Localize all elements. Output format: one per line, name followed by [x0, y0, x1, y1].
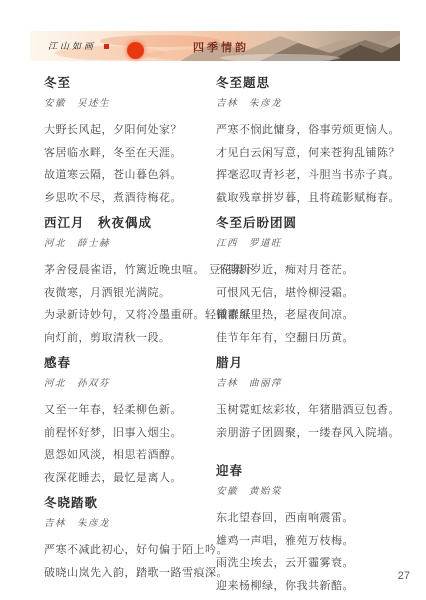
magazine-page: 江山如画 四季情韵 冬至安徽 吴述生大野长风起，夕阳何处家？客居临水畔，冬至在天… [0, 0, 426, 600]
poem-block: 迎春安徽 黄贻棠东北望春回，西南响震雷。雄鸡一声唱，雅苑万枝梅。雨洗尘埃去，云开… [216, 464, 410, 597]
poem-line: 故道寒云隔，苍山暮色斜。 [44, 164, 216, 187]
poem-title: 冬至 [44, 76, 216, 91]
poem-line: 挥毫忍叹青衫老，斗胆当书赤子真。 [216, 164, 410, 187]
poem-line: 大野长风起，夕阳何处家？ [44, 119, 216, 142]
poem-title: 腊月 [216, 356, 410, 371]
poem-block: 冬至安徽 吴述生大野长风起，夕阳何处家？客居临水畔，冬至在天涯。故道寒云隔，苍山… [44, 76, 216, 209]
poem-author: 吉林 朱彦龙 [216, 98, 410, 110]
poem-line: 夜微寒，月洒银光满院。 [44, 282, 216, 305]
poem-author: 安徽 吴述生 [44, 98, 216, 110]
poem-title: 冬至后盼团圆 [216, 216, 410, 231]
poem-line: 茅舍侵晨雀语，竹篱近晚虫喧。 豆花架下 [44, 259, 216, 282]
poem-title: 冬晓踏歌 [44, 496, 216, 511]
poem-author: 吉林 曲丽萍 [216, 378, 410, 390]
poem-line: 佳节年年有，空翻日历黄。 [216, 327, 410, 350]
poem-title: 迎春 [216, 464, 410, 479]
header-banner: 江山如画 四季情韵 [30, 31, 400, 61]
poem-title: 感春 [44, 356, 216, 371]
poem-line: 恩怨如风淡，相思若酒醇。 [44, 444, 216, 467]
poem-line: 微群屏里热，老屋夜间凉。 [216, 304, 410, 327]
poem-block: 腊月吉林 曲丽萍玉树霓虹炫彩妆，年猪腊酒豆包香。亲朋游子团圆聚，一缕春风入院墙。 [216, 356, 410, 444]
page-number: 27 [398, 570, 410, 582]
poem-block: 西江月 秋夜偶成河北 薛士赫茅舍侵晨雀语，竹篱近晚虫喧。 豆花架下夜微寒，月洒银… [44, 216, 216, 349]
poem-line: 为录新诗妙句，又将冷墨重研。轻铺素纸 [44, 304, 216, 327]
left-poem-column: 冬至安徽 吴述生大野长风起，夕阳何处家？客居临水畔，冬至在天涯。故道寒云隔，苍山… [44, 76, 216, 591]
right-poem-column: 冬至题思吉林 朱彦龙严寒不悯此慵身，俗事劳烦更恼人。才见白云闲写意，何来苍狗乱铺… [216, 76, 410, 600]
red-seal-icon [104, 44, 109, 49]
poem-block: 冬晓踏歌吉林 朱彦龙严寒不减此初心，好句偏于陌上吟。破晓山岚先入韵，踏歌一路雪痕… [44, 496, 216, 584]
poem-line: 客居临水畔，冬至在天涯。 [44, 142, 216, 165]
poem-title: 冬至题思 [216, 76, 410, 91]
poem-line: 迎来杨柳绿，你我共新醅。 [216, 575, 410, 598]
poem-line: 雨洗尘埃去，云开霾雾衰。 [216, 552, 410, 575]
poem-author: 吉林 朱彦龙 [44, 518, 216, 530]
poem-line: 雄鸡一声唱，雅苑万枝梅。 [216, 530, 410, 553]
poem-line: 才见白云闲写意，何来苍狗乱铺陈？ [216, 142, 410, 165]
poem-line: 可恨风无信，堪怜柳浸霜。 [216, 282, 410, 305]
poem-author: 河北 薛士赫 [44, 238, 216, 250]
poem-block: 感春河北 孙双芬又至一年春，轻柔柳色新。前程怀好梦，旧事入烟尘。恩怨如风淡，相思… [44, 356, 216, 489]
poem-line: 不期新岁近，痴对月苍茫。 [216, 259, 410, 282]
poem-line: 截取残章拼岁暮，且将疏影赋梅春。 [216, 187, 410, 210]
poem-author: 江西 罗道旺 [216, 238, 410, 250]
poem-line: 严寒不减此初心，好句偏于陌上吟。 [44, 539, 216, 562]
poem-author: 河北 孙双芬 [44, 378, 216, 390]
poem-block: 冬至后盼团圆江西 罗道旺不期新岁近，痴对月苍茫。可恨风无信，堪怜柳浸霜。微群屏里… [216, 216, 410, 349]
poem-line: 向灯前，剪取清秋一段。 [44, 327, 216, 350]
poem-line: 又至一年春，轻柔柳色新。 [44, 399, 216, 422]
poem-line: 严寒不悯此慵身，俗事劳烦更恼人。 [216, 119, 410, 142]
poem-line: 亲朋游子团圆聚，一缕春风入院墙。 [216, 422, 410, 445]
poem-line: 玉树霓虹炫彩妆，年猪腊酒豆包香。 [216, 399, 410, 422]
poem-title: 西江月 秋夜偶成 [44, 216, 216, 231]
banner-calligraphy: 江山如画 [48, 39, 96, 52]
red-sun-icon [127, 42, 144, 59]
poem-author: 安徽 黄贻棠 [216, 486, 410, 498]
poem-line: 前程怀好梦，旧事入烟尘。 [44, 422, 216, 445]
poem-line: 破晓山岚先入韵，踏歌一路雪痕深。 [44, 562, 216, 585]
poem-line: 东北望春回，西南响震雷。 [216, 507, 410, 530]
poem-block: 冬至题思吉林 朱彦龙严寒不悯此慵身，俗事劳烦更恼人。才见白云闲写意，何来苍狗乱铺… [216, 76, 410, 209]
poem-line: 乡思吹不尽，煮酒待梅花。 [44, 187, 216, 210]
section-title: 四季情韵 [193, 39, 249, 55]
poem-line: 夜深花睡去，最忆是离人。 [44, 467, 216, 490]
